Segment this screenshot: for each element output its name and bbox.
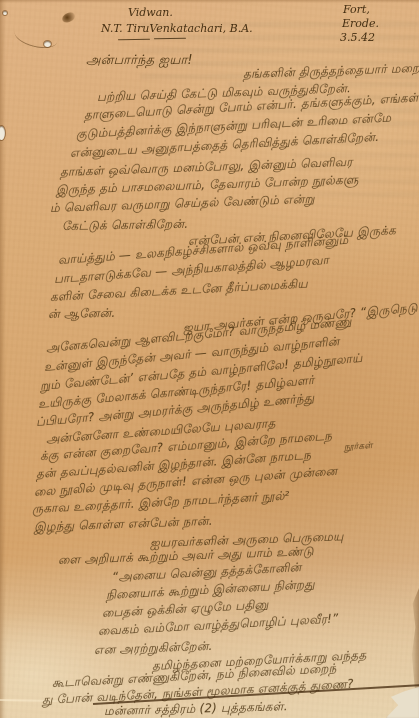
handwritten-line: என அரற்றுகின்றேன். <box>94 640 213 656</box>
handwritten-line: தங்களின் திருத்தந்தையார் மறைவு <box>243 61 419 80</box>
name-underline <box>154 38 186 40</box>
paper-edge-shadow-left <box>0 0 6 718</box>
handwritten-line: இழந்து கொள்ள என்பேன் நான். <box>34 515 213 533</box>
letter-page: Vidwan. N.T. TiruVenkatachari, B.A. Fort… <box>0 0 419 718</box>
letterhead-title: Vidwan. <box>128 6 173 19</box>
dateline-date: 3.5.42 <box>340 31 375 44</box>
pin-hole <box>3 11 7 15</box>
handwritten-line: ன் ஆனேன். <box>48 307 116 320</box>
pin-hole <box>44 41 51 47</box>
name-underline <box>118 39 150 41</box>
handwritten-line: நூர்கள் <box>344 442 373 453</box>
ink-stain <box>61 11 76 24</box>
handwritten-line: ம் வெளிவர வருமாறு செய்தல் வேண்டும் என்று <box>50 193 315 214</box>
hairline-scratch <box>12 21 60 52</box>
dateline-place: Erode. <box>342 17 379 30</box>
torn-bottom-right-corner <box>383 684 419 718</box>
letterhead-name: N.T. TiruVenkatachari, B.A. <box>101 22 253 35</box>
salutation: அன்பார்ந்த ஐயா! <box>86 54 193 67</box>
dateline-place: Fort, <box>343 3 370 16</box>
footer-note: மன்னார் சத்திரம் (2) புத்தகங்கள். <box>104 700 288 717</box>
handwritten-line: கேட்டுக் கொள்கிறேன். <box>62 218 188 232</box>
